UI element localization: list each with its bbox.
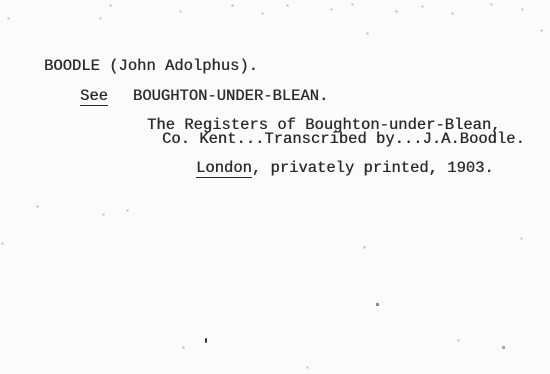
ink-blot-mark	[205, 338, 207, 343]
catalog-card: BOODLE (John Adolphus). SeeBOUGHTON-UNDE…	[0, 0, 550, 374]
heading-entry: BOODLE (John Adolphus).	[44, 57, 258, 75]
imprint-rest: , privately printed, 1903.	[252, 159, 494, 177]
see-reference-line: SeeBOUGHTON-UNDER-BLEAN.	[80, 87, 328, 106]
see-label: See	[80, 87, 108, 106]
scan-noise-specks	[0, 0, 1, 1]
see-target: BOUGHTON-UNDER-BLEAN.	[133, 87, 328, 105]
imprint-line: London, privately printed, 1903.	[196, 159, 494, 178]
imprint-place: London	[196, 159, 252, 178]
title-line-2: Co. Kent...Transcribed by...J.A.Boodle.	[162, 130, 525, 148]
